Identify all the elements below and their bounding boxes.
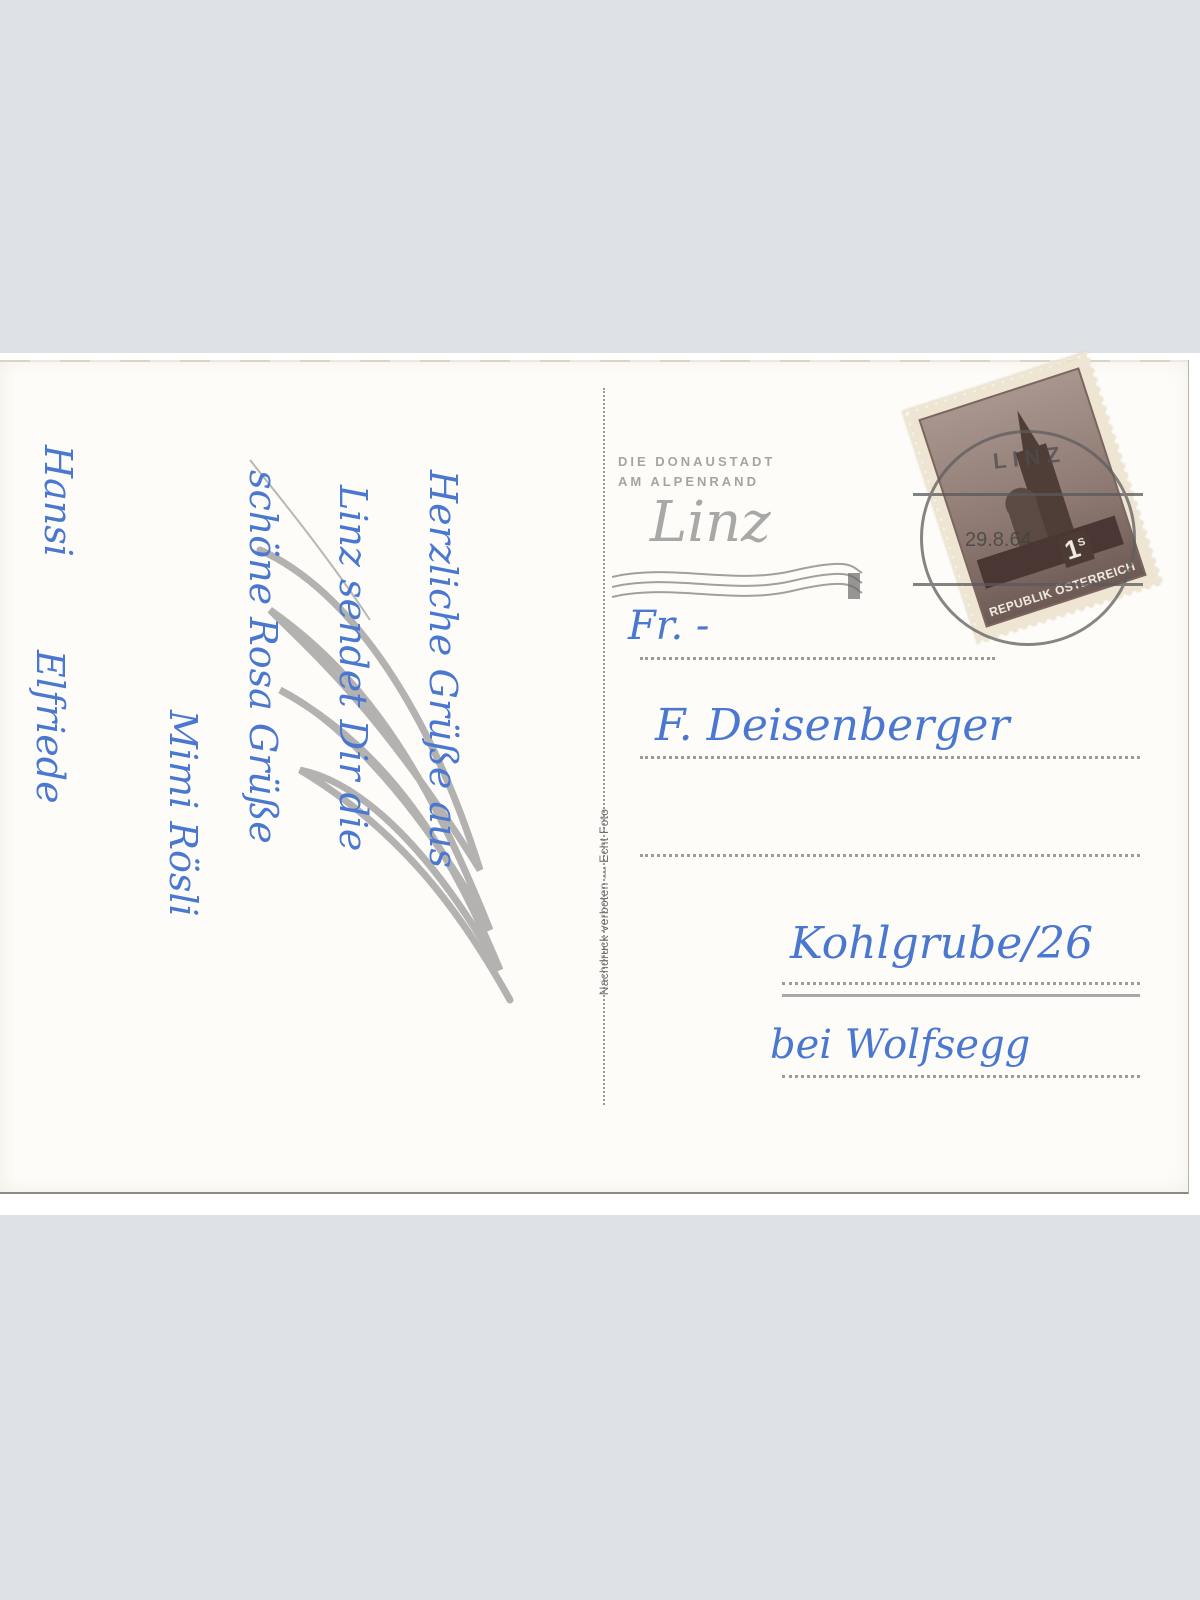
- message-line-3: schöne Rosa Grüße: [241, 470, 285, 844]
- postmark-slogan: DIE DONAUSTADT AM ALPENRAND: [618, 452, 775, 492]
- address-town: bei Wolfsegg: [770, 1022, 1030, 1068]
- center-divider: [603, 388, 605, 1105]
- address-name: F. Deisenberger: [655, 700, 1009, 751]
- address-line-5: [782, 1075, 1140, 1078]
- address-line-2: [640, 756, 1140, 759]
- address-line-3: [640, 854, 1140, 857]
- slogan-line-1: DIE DONAUSTADT: [618, 452, 775, 472]
- message-line-6: Elfriede: [28, 650, 72, 804]
- postcard-back: Herzliche Grüße aus Linz sendet Dir die …: [0, 360, 1189, 1194]
- message-line-5: Hansi: [36, 445, 80, 557]
- address-salutation: Fr. -: [628, 603, 709, 649]
- postmark-date: 29.8.64: [965, 529, 1032, 552]
- address-line-4-solid: [782, 994, 1140, 997]
- postmark-city: LINZ: [992, 441, 1067, 474]
- message-line-1: Herzliche Grüße aus: [421, 470, 465, 868]
- torn-edge: [0, 360, 1188, 362]
- postmark-bar: [913, 493, 1143, 496]
- address-line-1: [640, 657, 995, 660]
- slogan-line-2: AM ALPENRAND: [618, 472, 775, 492]
- message-line-4: Mimi Rösli: [161, 710, 205, 917]
- message-line-2: Linz sendet Dir die: [331, 485, 375, 851]
- imprint-text: Nachdruck verboten — Echt Foto: [597, 809, 611, 995]
- postmark-wave-lines: [612, 555, 872, 605]
- address-street: Kohlgrube/26: [790, 918, 1093, 969]
- address-line-4: [782, 982, 1140, 985]
- postmark-bar: [913, 583, 1143, 586]
- postmark-circle: LINZ 29.8.64: [920, 430, 1136, 646]
- postmark-script: Linz: [650, 490, 771, 555]
